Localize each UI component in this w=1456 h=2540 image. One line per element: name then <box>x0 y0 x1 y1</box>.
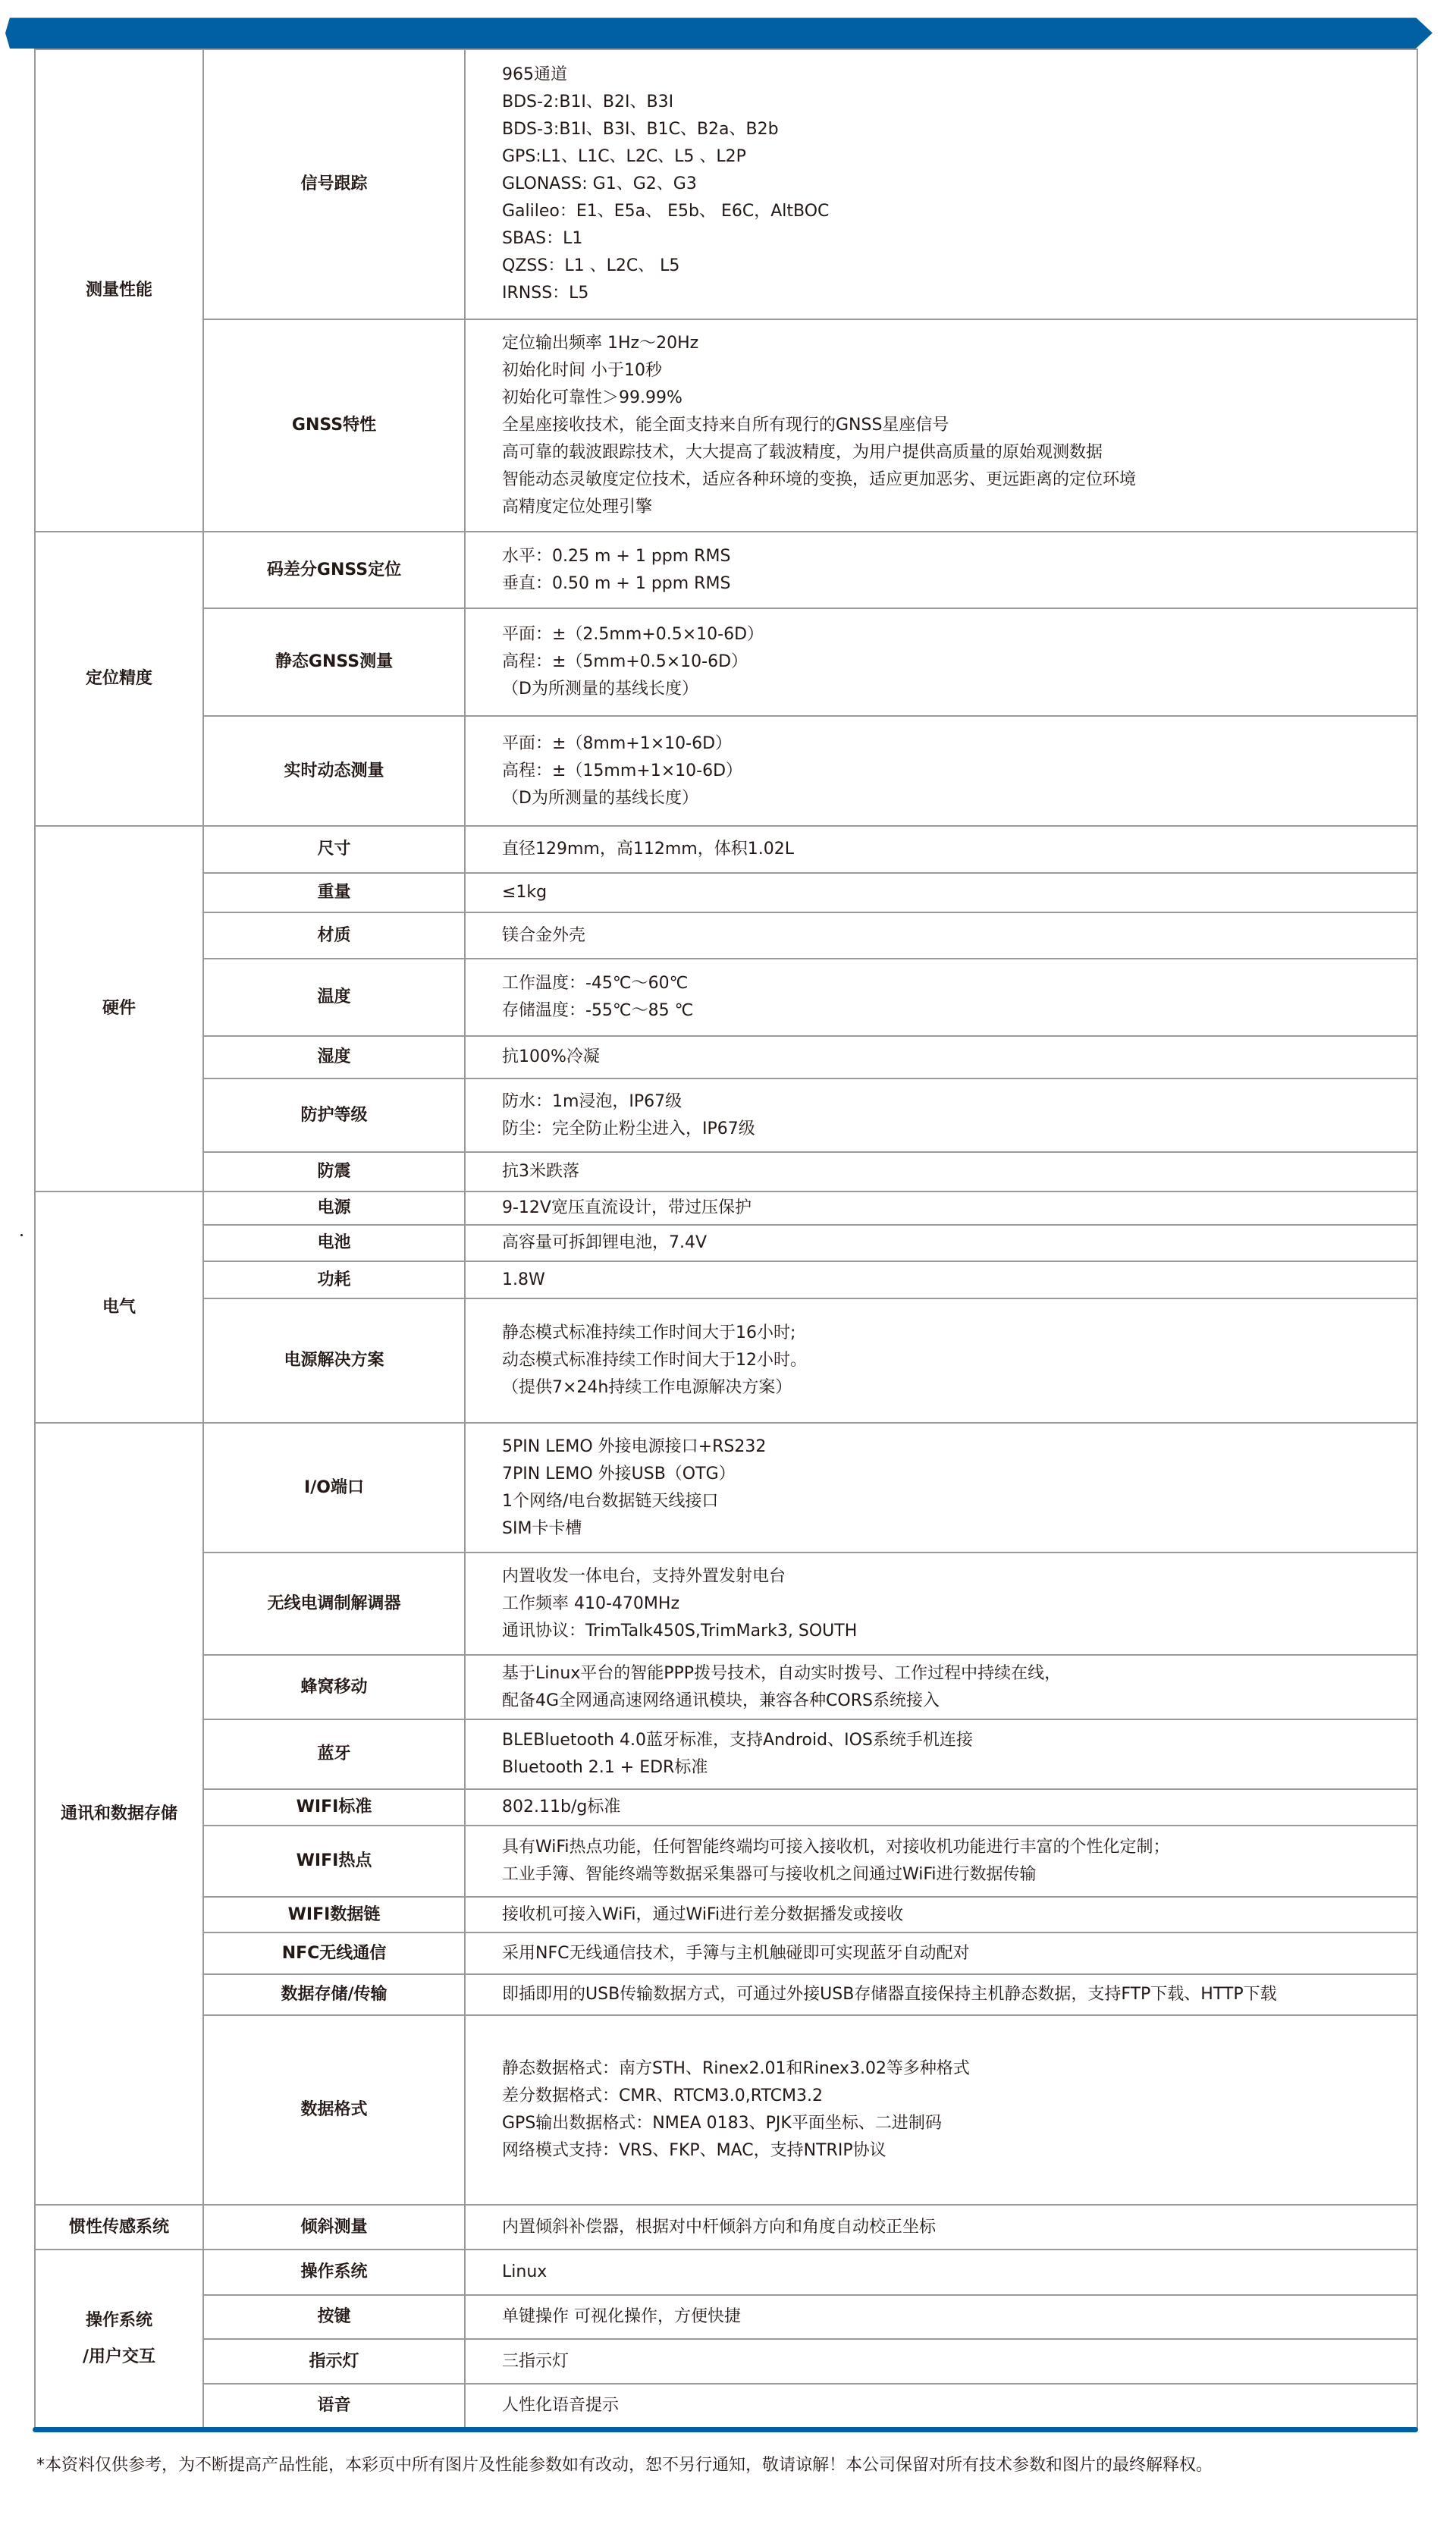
spec-label: 信号跟踪 <box>203 49 465 319</box>
spec-value-line: 配备4G全网通高速网络通讯模块，兼容各种CORS系统接入 <box>502 1688 1410 1715</box>
category-label: 测量性能 <box>36 272 202 309</box>
spec-value-line: GPS:L1、L1C、L2C、L5 、L2P <box>502 143 1410 171</box>
spec-row: 静态GNSS测量平面：±（2.5mm+0.5×10-6D）高程：±（5mm+0.… <box>35 608 1417 716</box>
spec-row: 蓝牙BLEBluetooth 4.0蓝牙标准，支持Android、IOS系统手机… <box>35 1719 1417 1789</box>
spec-value: 水平：0.25 m + 1 ppm RMS垂直：0.50 m + 1 ppm R… <box>465 532 1417 608</box>
spec-value: 接收机可接入WiFi，通过WiFi进行差分数据播发或接收 <box>465 1897 1417 1932</box>
spec-value-line: 全星座接收技术，能全面支持来自所有现行的GNSS星座信号 <box>502 412 1410 439</box>
spec-value-line: 直径129mm，高112mm，体积1.02L <box>502 836 1410 863</box>
spec-value-line: 垂直：0.50 m + 1 ppm RMS <box>502 570 1410 598</box>
spec-value: 5PIN LEMO 外接电源接口+RS2327PIN LEMO 外接USB（OT… <box>465 1423 1417 1553</box>
spec-value-line: 定位输出频率 1Hz～20Hz <box>502 330 1410 357</box>
spec-value: 具有WiFi热点功能，任何智能终端均可接入接收机，对接收机功能进行丰富的个性化定… <box>465 1826 1417 1897</box>
spec-label: 指示灯 <box>203 2339 465 2384</box>
spec-row: 惯性传感系统倾斜测量内置倾斜补偿器，根据对中杆倾斜方向和角度自动校正坐标 <box>35 2205 1417 2250</box>
spec-value-line: 高程：±（15mm+1×10-6D） <box>502 758 1410 785</box>
spec-label: 倾斜测量 <box>203 2205 465 2250</box>
spec-value-line: （D为所测量的基线长度） <box>502 785 1410 812</box>
spec-value-line: Linux <box>502 2259 1410 2286</box>
spec-value-line: 工业手簿、智能终端等数据采集器可与接收机之间通过WiFi进行数据传输 <box>502 1861 1410 1889</box>
header-band <box>5 17 1432 49</box>
spec-value-line: 存储温度：-55℃～85 ℃ <box>502 997 1410 1025</box>
spec-value-line: 内置收发一体电台，支持外置发射电台 <box>502 1563 1410 1590</box>
spec-label: NFC无线通信 <box>203 1932 465 1974</box>
spec-value: Linux <box>465 2250 1417 2295</box>
spec-value-line: 采用NFC无线通信技术，手簿与主机触碰即可实现蓝牙自动配对 <box>502 1940 1410 1967</box>
spec-row: 硬件尺寸直径129mm，高112mm，体积1.02L <box>35 826 1417 873</box>
spec-value: 内置收发一体电台，支持外置发射电台工作频率 410-470MHz通讯协议：Tri… <box>465 1553 1417 1655</box>
spec-label: GNSS特性 <box>203 319 465 532</box>
spec-value-line: BLEBluetooth 4.0蓝牙标准，支持Android、IOS系统手机连接 <box>502 1727 1410 1754</box>
spec-row: 湿度抗100%冷凝 <box>35 1036 1417 1078</box>
spec-label: 防震 <box>203 1152 465 1192</box>
spec-value-line: 内置倾斜补偿器，根据对中杆倾斜方向和角度自动校正坐标 <box>502 2214 1410 2241</box>
spec-row: 实时动态测量平面：±（8mm+1×10-6D）高程：±（15mm+1×10-6D… <box>35 716 1417 826</box>
spec-label: 功耗 <box>203 1261 465 1298</box>
spec-value-line: SIM卡卡槽 <box>502 1515 1410 1543</box>
spec-label: 语音 <box>203 2384 465 2428</box>
spec-value-line: 接收机可接入WiFi，通过WiFi进行差分数据播发或接收 <box>502 1901 1410 1929</box>
spec-value-line: 工作温度：-45℃～60℃ <box>502 970 1410 997</box>
spec-value-line: （D为所测量的基线长度） <box>502 676 1410 703</box>
spec-value-line: 802.11b/g标准 <box>502 1794 1410 1821</box>
spec-label: 实时动态测量 <box>203 716 465 826</box>
spec-label: 防护等级 <box>203 1078 465 1152</box>
spec-value-line: 静态数据格式：南方STH、Rinex2.01和Rinex3.02等多种格式 <box>502 2055 1410 2083</box>
category-cell: 操作系统/用户交互 <box>35 2250 203 2428</box>
spec-value-line: 抗100%冷凝 <box>502 1044 1410 1071</box>
spec-value-line: QZSS：L1 、L2C、 L5 <box>502 253 1410 280</box>
footer-disclaimer: *本资料仅供参考，为不断提高产品性能，本彩页中所有图片及性能参数如有改动，恕不另… <box>36 2452 1213 2476</box>
spec-row: 数据存储/传输即插即用的USB传输数据方式，可通过外接USB存储器直接保持主机静… <box>35 1974 1417 2015</box>
spec-label: 蜂窝移动 <box>203 1655 465 1719</box>
spec-row: WIFI数据链接收机可接入WiFi，通过WiFi进行差分数据播发或接收 <box>35 1897 1417 1932</box>
spec-value-line: 防水：1m浸泡，IP67级 <box>502 1088 1410 1116</box>
spec-value-line: 即插即用的USB传输数据方式，可通过外接USB存储器直接保持主机静态数据，支持F… <box>502 1981 1410 2008</box>
spec-row: 材质镁合金外壳 <box>35 912 1417 959</box>
spec-value-line: 7PIN LEMO 外接USB（OTG） <box>502 1461 1410 1488</box>
spec-label: 数据格式 <box>203 2015 465 2205</box>
spec-value-line: 初始化时间 小于10秒 <box>502 357 1410 385</box>
spec-label: I/O端口 <box>203 1423 465 1553</box>
spec-value-line: 静态模式标准持续工作时间大于16小时; <box>502 1320 1410 1347</box>
category-cell: 通讯和数据存储 <box>35 1423 203 2205</box>
spec-value: 平面：±（8mm+1×10-6D）高程：±（15mm+1×10-6D）（D为所测… <box>465 716 1417 826</box>
spec-label: 电源 <box>203 1192 465 1225</box>
spec-row: 电气电源9-12V宽压直流设计，带过压保护 <box>35 1192 1417 1225</box>
spec-value-line: 9-12V宽压直流设计，带过压保护 <box>502 1195 1410 1222</box>
spec-row: 蜂窝移动基于Linux平台的智能PPP拨号技术，自动实时拨号、工作过程中持续在线… <box>35 1655 1417 1719</box>
spec-value: 平面：±（2.5mm+0.5×10-6D）高程：±（5mm+0.5×10-6D）… <box>465 608 1417 716</box>
spec-row: 按键单键操作 可视化操作，方便快捷 <box>35 2295 1417 2339</box>
spec-row: 防震抗3米跌落 <box>35 1152 1417 1192</box>
spec-value: 965通道BDS-2:B1I、B2I、B3IBDS-3:B1I、B3I、B1C、… <box>465 49 1417 319</box>
spec-value: 1.8W <box>465 1261 1417 1298</box>
spec-label: 湿度 <box>203 1036 465 1078</box>
spec-row: 测量性能信号跟踪965通道BDS-2:B1I、B2I、B3IBDS-3:B1I、… <box>35 49 1417 319</box>
spec-value-line: 网络模式支持：VRS、FKP、MAC，支持NTRIP协议 <box>502 2137 1410 2165</box>
spec-value-line: 5PIN LEMO 外接电源接口+RS232 <box>502 1433 1410 1461</box>
category-label: 操作系统 <box>36 2303 202 2339</box>
spec-label: 数据存储/传输 <box>203 1974 465 2015</box>
spec-label: 蓝牙 <box>203 1719 465 1789</box>
spec-row: WIFI热点具有WiFi热点功能，任何智能终端均可接入接收机，对接收机功能进行丰… <box>35 1826 1417 1897</box>
spec-label: 无线电调制解调器 <box>203 1553 465 1655</box>
spec-label: 温度 <box>203 959 465 1036</box>
spec-row: 功耗1.8W <box>35 1261 1417 1298</box>
spec-value: 即插即用的USB传输数据方式，可通过外接USB存储器直接保持主机静态数据，支持F… <box>465 1974 1417 2015</box>
spec-value-line: 单键操作 可视化操作，方便快捷 <box>502 2303 1410 2331</box>
spec-value-line: 高可靠的载波跟踪技术，大大提高了载波精度，为用户提供高质量的原始观测数据 <box>502 439 1410 466</box>
spec-value-line: 1.8W <box>502 1267 1410 1294</box>
spec-value-line: Bluetooth 2.1 + EDR标准 <box>502 1754 1410 1782</box>
spec-row: 操作系统/用户交互操作系统Linux <box>35 2250 1417 2295</box>
spec-value: BLEBluetooth 4.0蓝牙标准，支持Android、IOS系统手机连接… <box>465 1719 1417 1789</box>
spec-value: 人性化语音提示 <box>465 2384 1417 2428</box>
spec-value-line: 1个网络/电台数据链天线接口 <box>502 1488 1410 1515</box>
spec-value-line: 具有WiFi热点功能，任何智能终端均可接入接收机，对接收机功能进行丰富的个性化定… <box>502 1834 1410 1861</box>
spec-row: 电池高容量可拆卸锂电池，7.4V <box>35 1225 1417 1261</box>
category-label: 通讯和数据存储 <box>36 1796 202 1832</box>
spec-value: 基于Linux平台的智能PPP拨号技术，自动实时拨号、工作过程中持续在线，配备4… <box>465 1655 1417 1719</box>
category-label: 电气 <box>36 1289 202 1326</box>
category-cell: 电气 <box>35 1192 203 1423</box>
spec-value-line: 高容量可拆卸锂电池，7.4V <box>502 1229 1410 1257</box>
spec-value-line: 通讯协议：TrimTalk450S,TrimMark3, SOUTH <box>502 1618 1410 1645</box>
spec-row: 重量≤1kg <box>35 873 1417 912</box>
category-cell: 惯性传感系统 <box>35 2205 203 2250</box>
spec-row: 定位精度码差分GNSS定位水平：0.25 m + 1 ppm RMS垂直：0.5… <box>35 532 1417 608</box>
category-label: 硬件 <box>36 991 202 1027</box>
spec-value: 镁合金外壳 <box>465 912 1417 959</box>
spec-row: 指示灯三指示灯 <box>35 2339 1417 2384</box>
spec-value-line: 平面：±（8mm+1×10-6D） <box>502 730 1410 758</box>
spec-value: 静态模式标准持续工作时间大于16小时;动态模式标准持续工作时间大于12小时。（提… <box>465 1298 1417 1423</box>
spec-value-line: 平面：±（2.5mm+0.5×10-6D） <box>502 621 1410 648</box>
spec-value-line: 人性化语音提示 <box>502 2392 1410 2419</box>
spec-table: 测量性能信号跟踪965通道BDS-2:B1I、B2I、B3IBDS-3:B1I、… <box>34 49 1418 2429</box>
spec-value-line: 防尘：完全防止粉尘进入，IP67级 <box>502 1116 1410 1143</box>
spec-value-line: Galileo：E1、E5a、 E5b、 E6C，AltBOC <box>502 198 1410 225</box>
spec-value-line: 抗3米跌落 <box>502 1158 1410 1185</box>
spec-label: WIFI数据链 <box>203 1897 465 1932</box>
spec-row: 无线电调制解调器内置收发一体电台，支持外置发射电台工作频率 410-470MHz… <box>35 1553 1417 1655</box>
spec-row: 防护等级防水：1m浸泡，IP67级防尘：完全防止粉尘进入，IP67级 <box>35 1078 1417 1152</box>
spec-value: 高容量可拆卸锂电池，7.4V <box>465 1225 1417 1261</box>
spec-label: 电源解决方案 <box>203 1298 465 1423</box>
spec-label: 电池 <box>203 1225 465 1261</box>
spec-value: 工作温度：-45℃～60℃存储温度：-55℃～85 ℃ <box>465 959 1417 1036</box>
spec-label: 材质 <box>203 912 465 959</box>
spec-value-line: 差分数据格式：CMR、RTCM3.0,RTCM3.2 <box>502 2083 1410 2110</box>
spec-value: 抗100%冷凝 <box>465 1036 1417 1078</box>
spec-value: 防水：1m浸泡，IP67级防尘：完全防止粉尘进入，IP67级 <box>465 1078 1417 1152</box>
spec-value-line: IRNSS：L5 <box>502 280 1410 307</box>
spec-value-line: 三指示灯 <box>502 2348 1410 2375</box>
spec-label: 码差分GNSS定位 <box>203 532 465 608</box>
spec-value: 三指示灯 <box>465 2339 1417 2384</box>
spec-value-line: 动态模式标准持续工作时间大于12小时。 <box>502 1347 1410 1374</box>
spec-value-line: GLONASS: G1、G2、G3 <box>502 171 1410 198</box>
category-label: 惯性传感系统 <box>36 2209 202 2246</box>
spec-label: 静态GNSS测量 <box>203 608 465 716</box>
category-cell: 硬件 <box>35 826 203 1192</box>
spec-value: 9-12V宽压直流设计，带过压保护 <box>465 1192 1417 1225</box>
spec-label: 重量 <box>203 873 465 912</box>
spec-value-line: SBAS：L1 <box>502 225 1410 253</box>
spec-value-line: 镁合金外壳 <box>502 922 1410 950</box>
category-cell: 定位精度 <box>35 532 203 826</box>
spec-value: 内置倾斜补偿器，根据对中杆倾斜方向和角度自动校正坐标 <box>465 2205 1417 2250</box>
spec-row: 通讯和数据存储I/O端口5PIN LEMO 外接电源接口+RS2327PIN L… <box>35 1423 1417 1553</box>
spec-row: 温度工作温度：-45℃～60℃存储温度：-55℃～85 ℃ <box>35 959 1417 1036</box>
spec-table-body: 测量性能信号跟踪965通道BDS-2:B1I、B2I、B3IBDS-3:B1I、… <box>35 49 1417 2428</box>
category-label: 定位精度 <box>36 661 202 697</box>
spec-value-line: 高精度定位处理引擎 <box>502 494 1410 521</box>
spec-label: 尺寸 <box>203 826 465 873</box>
spec-value-line: 水平：0.25 m + 1 ppm RMS <box>502 543 1410 570</box>
category-cell: 测量性能 <box>35 49 203 532</box>
spec-value-line: （提供7×24h持续工作电源解决方案） <box>502 1374 1410 1402</box>
spec-row: 语音人性化语音提示 <box>35 2384 1417 2428</box>
spec-value: 抗3米跌落 <box>465 1152 1417 1192</box>
spec-row: GNSS特性定位输出频率 1Hz～20Hz初始化时间 小于10秒初始化可靠性＞9… <box>35 319 1417 532</box>
spec-label: 按键 <box>203 2295 465 2339</box>
spec-value: 静态数据格式：南方STH、Rinex2.01和Rinex3.02等多种格式差分数… <box>465 2015 1417 2205</box>
spec-value: 802.11b/g标准 <box>465 1789 1417 1826</box>
spec-value-line: BDS-3:B1I、B3I、B1C、B2a、B2b <box>502 116 1410 143</box>
spec-value-line: 基于Linux平台的智能PPP拨号技术，自动实时拨号、工作过程中持续在线， <box>502 1660 1410 1688</box>
category-label: /用户交互 <box>36 2339 202 2375</box>
spec-label: 操作系统 <box>203 2250 465 2295</box>
stray-dot <box>20 1234 23 1236</box>
spec-value-line: 工作频率 410-470MHz <box>502 1590 1410 1618</box>
spec-value: ≤1kg <box>465 873 1417 912</box>
spec-row: NFC无线通信采用NFC无线通信技术，手簿与主机触碰即可实现蓝牙自动配对 <box>35 1932 1417 1974</box>
spec-value-line: 智能动态灵敏度定位技术，适应各种环境的变换，适应更加恶劣、更远距离的定位环境 <box>502 466 1410 494</box>
spec-value-line: BDS-2:B1I、B2I、B3I <box>502 89 1410 116</box>
spec-row: 电源解决方案静态模式标准持续工作时间大于16小时;动态模式标准持续工作时间大于1… <box>35 1298 1417 1423</box>
spec-value: 单键操作 可视化操作，方便快捷 <box>465 2295 1417 2339</box>
spec-value: 直径129mm，高112mm，体积1.02L <box>465 826 1417 873</box>
spec-value-line: GPS输出数据格式：NMEA 0183、PJK平面坐标、二进制码 <box>502 2110 1410 2137</box>
spec-value-line: 965通道 <box>502 61 1410 89</box>
spec-row: 数据格式静态数据格式：南方STH、Rinex2.01和Rinex3.02等多种格… <box>35 2015 1417 2205</box>
spec-label: WIFI标准 <box>203 1789 465 1826</box>
spec-value: 采用NFC无线通信技术，手簿与主机触碰即可实现蓝牙自动配对 <box>465 1932 1417 1974</box>
spec-value-line: ≤1kg <box>502 879 1410 906</box>
spec-row: WIFI标准802.11b/g标准 <box>35 1789 1417 1826</box>
spec-value: 定位输出频率 1Hz～20Hz初始化时间 小于10秒初始化可靠性＞99.99%全… <box>465 319 1417 532</box>
spec-value-line: 高程：±（5mm+0.5×10-6D） <box>502 648 1410 676</box>
spec-value-line: 初始化可靠性＞99.99% <box>502 385 1410 412</box>
bottom-band <box>33 2427 1418 2432</box>
spec-label: WIFI热点 <box>203 1826 465 1897</box>
